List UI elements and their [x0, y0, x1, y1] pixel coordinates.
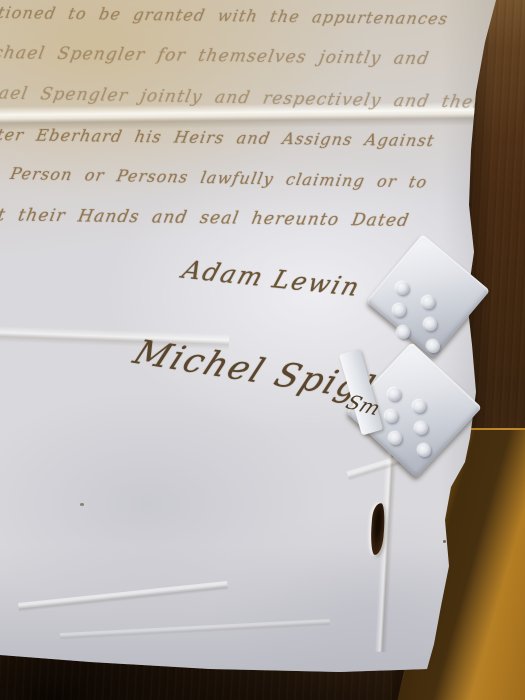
- photo-scene: ntioned to be granted with the appurtena…: [0, 0, 525, 700]
- bottom-wrinkle: [60, 619, 330, 640]
- seal-emboss-dot: [388, 388, 401, 401]
- seal-emboss-dot: [393, 304, 406, 317]
- seal-emboss-dot: [397, 326, 410, 339]
- seal-emboss-dot: [424, 318, 437, 331]
- seal-emboss-dot: [396, 282, 409, 295]
- seal-emboss-dot: [422, 296, 435, 309]
- ink-speck: [443, 540, 446, 543]
- seal-emboss-dot: [389, 432, 402, 445]
- manuscript-line-1: ntioned to be granted with the appurtena…: [0, 3, 450, 28]
- seal-emboss-dot: [415, 422, 428, 435]
- seal-emboss-dot: [413, 400, 426, 413]
- manuscript-line-5: n Person or Persons lawfully claiming or…: [0, 163, 429, 191]
- seal-emboss-dot: [385, 410, 398, 423]
- seal-emboss-dot: [418, 444, 431, 457]
- manuscript-line-4: eter Eberhard his Heirs and Assigns Agai…: [0, 125, 437, 150]
- bottom-wrinkle: [18, 581, 228, 612]
- seal-emboss-dot: [427, 340, 440, 353]
- signature-adam-lewin: Adam Lewin: [179, 255, 365, 302]
- ink-speck: [80, 503, 84, 506]
- manuscript-line-2: ichael Spengler for themselves jointly a…: [0, 43, 431, 69]
- tear-hole: [369, 503, 386, 556]
- manuscript-line-6: et their Hands and seal hereunto Dated: [0, 205, 411, 231]
